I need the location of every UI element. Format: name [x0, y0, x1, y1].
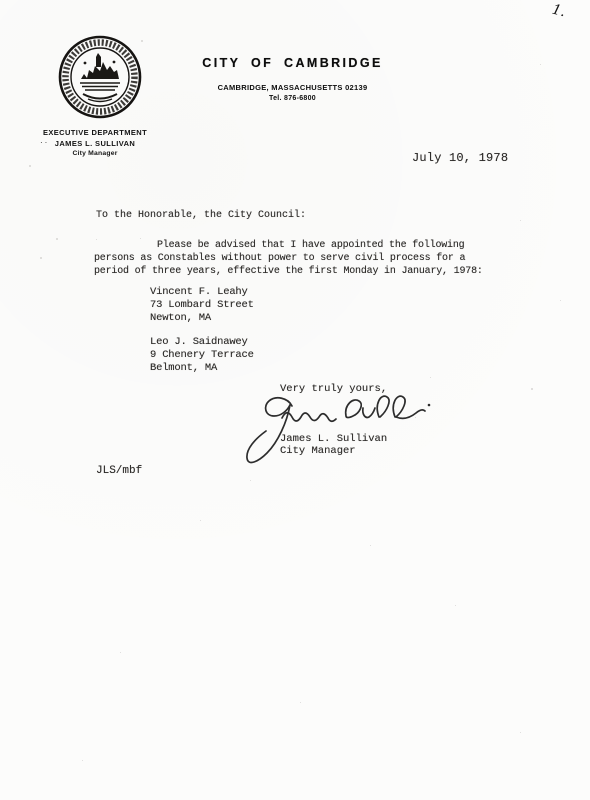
department-name: EXECUTIVE DEPARTMENT [30, 128, 160, 137]
signer-name: James L. Sullivan [280, 433, 387, 445]
letter-date: July 10, 1978 [412, 151, 508, 165]
official-title: City Manager [30, 150, 160, 158]
signer-title: City Manager [280, 445, 356, 457]
appointee-city: Newton, MA [150, 312, 254, 325]
department-block: EXECUTIVE DEPARTMENT JAMES L. SULLIVAN C… [30, 128, 160, 158]
appointee-city: Belmont, MA [150, 362, 254, 375]
city-seal-icon [55, 35, 145, 121]
scanned-letter-page: 1. CITY OF CAMBRIDGE CAMBRIDGE, MASSACHU… [0, 0, 590, 800]
reference-initials: JLS/mbf [96, 465, 142, 477]
body-line: persons as Constables without power to s… [94, 252, 483, 265]
appointee-name: Vincent F. Leahy [150, 286, 254, 299]
letterhead-phone: Tel. 876-6800 [170, 94, 415, 103]
appointee-block: Leo J. Saidnawey 9 Chenery Terrace Belmo… [150, 336, 254, 375]
body-line: Please be advised that I have appointed … [94, 239, 483, 252]
official-name: JAMES L. SULLIVAN [30, 139, 160, 148]
appointee-street: 73 Lombard Street [150, 299, 254, 312]
body-paragraph: Please be advised that I have appointed … [94, 239, 483, 278]
letterhead: CITY OF CAMBRIDGE CAMBRIDGE, MASSACHUSET… [170, 55, 415, 103]
appointee-street: 9 Chenery Terrace [150, 349, 254, 362]
letterhead-title: CITY OF CAMBRIDGE [170, 55, 415, 71]
body-line: period of three years, effective the fir… [94, 265, 483, 278]
appointee-block: Vincent F. Leahy 73 Lombard Street Newto… [150, 286, 254, 325]
salutation: To the Honorable, the City Council: [96, 210, 306, 221]
letterhead-address: CAMBRIDGE, MASSACHUSETTS 02139 [170, 83, 415, 92]
scan-artifact-dots: ·· [40, 138, 49, 147]
handwritten-page-number: 1. [550, 2, 567, 21]
appointee-name: Leo J. Saidnawey [150, 336, 254, 349]
